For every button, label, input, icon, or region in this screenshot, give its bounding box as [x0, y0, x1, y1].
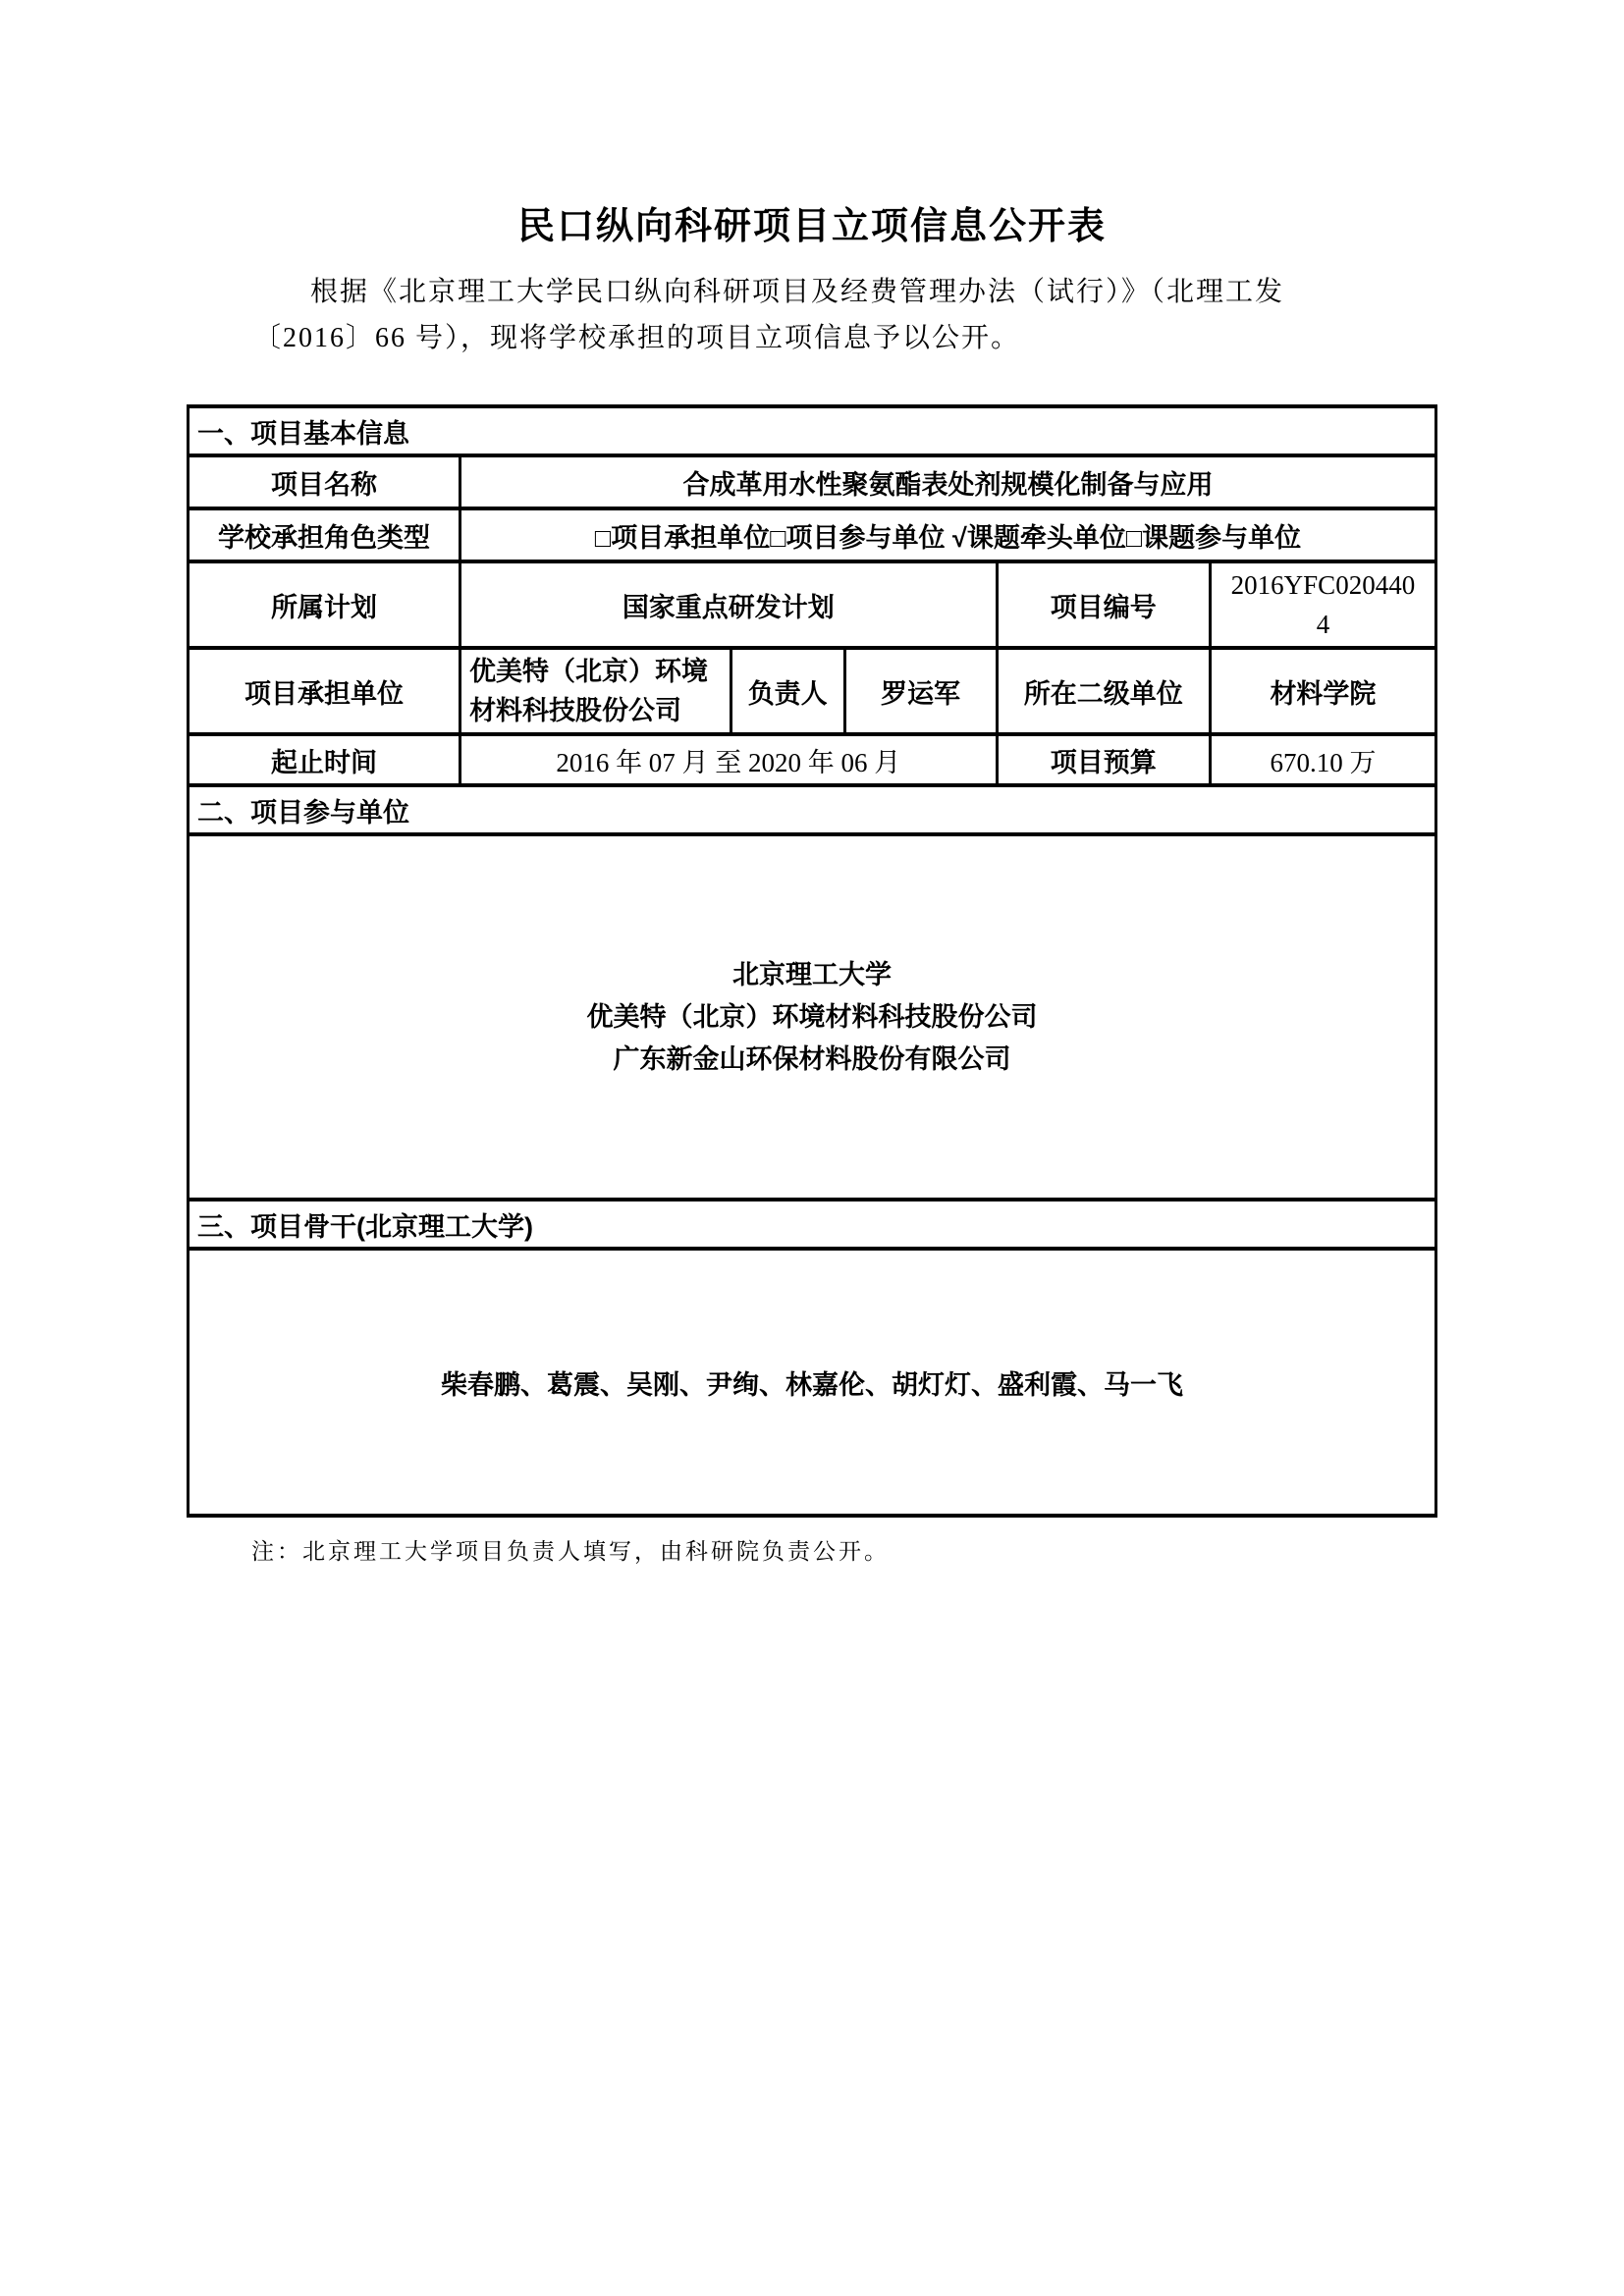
row-undertaking-unit: 项目承担单位 优美特（北京）环境材料科技股份公司 负责人 罗运军 所在二级单位 … [189, 648, 1436, 734]
participant-item: 优美特（北京）环境材料科技股份公司 [197, 996, 1427, 1039]
budget-label: 项目预算 [997, 734, 1210, 785]
role-type-value: □项目承担单位□项目参与单位 √课题牵头单位□课题参与单位 [460, 508, 1436, 561]
undertaking-unit-label: 项目承担单位 [189, 648, 460, 734]
role-type-label: 学校承担角色类型 [189, 508, 460, 561]
row-participants: 北京理工大学 优美特（北京）环境材料科技股份公司 广东新金山环保材料股份有限公司 [189, 834, 1436, 1200]
section-row-participants: 二、项目参与单位 [189, 785, 1436, 834]
project-name-label: 项目名称 [189, 455, 460, 508]
plan-label: 所属计划 [189, 561, 460, 648]
section-heading-backbone: 三、项目骨干(北京理工大学) [189, 1200, 1436, 1249]
document-page: 民口纵向科研项目立项信息公开表 根据《北京理工大学民口纵向科研项目及经费管理办法… [0, 0, 1624, 2296]
row-project-name: 项目名称 合成革用水性聚氨酯表处剂规模化制备与应用 [189, 455, 1436, 508]
participant-item: 北京理工大学 [197, 954, 1427, 996]
project-name-value: 合成革用水性聚氨酯表处剂规模化制备与应用 [460, 455, 1436, 508]
row-duration: 起止时间 2016 年 07 月 至 2020 年 06 月 项目预算 670.… [189, 734, 1436, 785]
page-title: 民口纵向科研项目立项信息公开表 [0, 0, 1624, 249]
row-backbone: 柴春鹏、葛震、吴刚、尹绚、林嘉伦、胡灯灯、盛利霞、马一飞 [189, 1249, 1436, 1516]
duration-value: 2016 年 07 月 至 2020 年 06 月 [460, 734, 998, 785]
project-number-value: 2016YFC0204404 [1229, 565, 1416, 644]
leader-value: 罗运军 [844, 648, 997, 734]
secondary-unit-value: 材料学院 [1210, 648, 1435, 734]
participant-item: 广东新金山环保材料股份有限公司 [197, 1039, 1427, 1081]
leader-label: 负责人 [731, 648, 844, 734]
duration-label: 起止时间 [189, 734, 460, 785]
participants-cell: 北京理工大学 优美特（北京）环境材料科技股份公司 广东新金山环保材料股份有限公司 [189, 834, 1436, 1200]
project-number-cell: 2016YFC0204404 [1210, 561, 1435, 648]
row-plan: 所属计划 国家重点研发计划 项目编号 2016YFC0204404 [189, 561, 1436, 648]
project-number-label: 项目编号 [997, 561, 1210, 648]
row-role-type: 学校承担角色类型 □项目承担单位□项目参与单位 √课题牵头单位□课题参与单位 [189, 508, 1436, 561]
budget-value: 670.10 万 [1210, 734, 1435, 785]
project-info-table: 一、项目基本信息 项目名称 合成革用水性聚氨酯表处剂规模化制备与应用 学校承担角… [187, 404, 1437, 1518]
section-heading-basic-info: 一、项目基本信息 [189, 406, 1436, 455]
backbone-members: 柴春鹏、葛震、吴刚、尹绚、林嘉伦、胡灯灯、盛利霞、马一飞 [189, 1249, 1436, 1516]
section-row-backbone: 三、项目骨干(北京理工大学) [189, 1200, 1436, 1249]
undertaking-unit-value: 优美特（北京）环境材料科技股份公司 [460, 648, 731, 734]
footnote: 注：北京理工大学项目负责人填写，由科研院负责公开。 [251, 1533, 1624, 1566]
plan-value: 国家重点研发计划 [460, 561, 998, 648]
section-row-basic-info: 一、项目基本信息 [189, 406, 1436, 455]
intro-paragraph: 根据《北京理工大学民口纵向科研项目及经费管理办法（试行）》（北理工发〔2016〕… [253, 269, 1316, 361]
section-heading-participants: 二、项目参与单位 [189, 785, 1436, 834]
secondary-unit-label: 所在二级单位 [997, 648, 1210, 734]
